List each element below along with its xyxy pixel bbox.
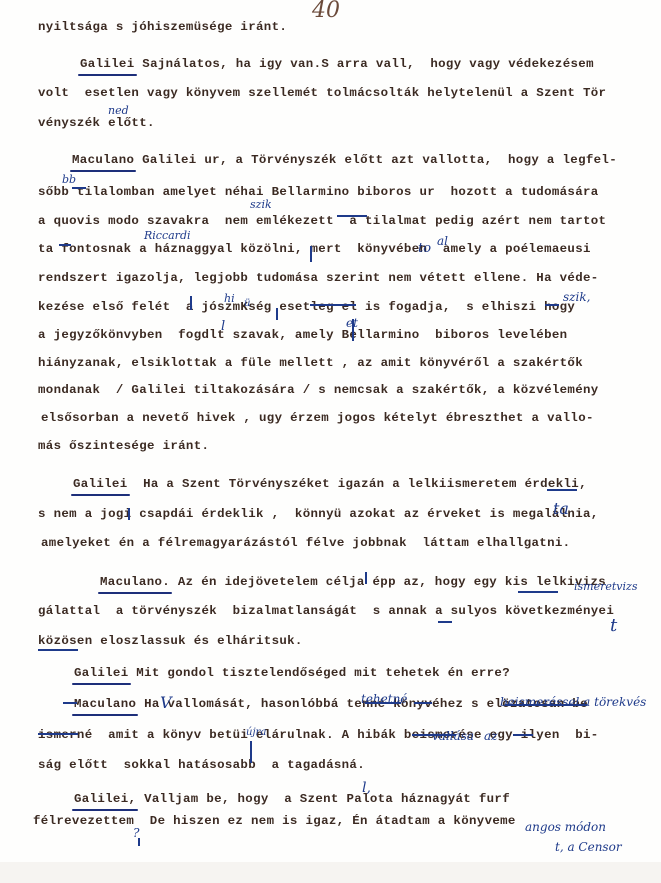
typed-line: Maculano Galilei ur, a Törvényszék előtt… (72, 153, 617, 167)
typed-line: kezése első felét a jószmKség esetleg el… (38, 300, 575, 314)
typed-line: félrevezettem De hiszen ez nem is igaz, … (33, 814, 516, 828)
strike-mark (59, 244, 71, 246)
typed-line: rendszert igazolja, legjobb tudomása sze… (38, 271, 599, 285)
strike-mark (505, 704, 587, 706)
handwritten-annotation: újra (246, 727, 266, 738)
speaker-name: Maculano (72, 153, 134, 167)
typed-line: Maculano. Az én idejövetelem célja épp a… (100, 575, 606, 589)
typed-line: mondanak / Galilei tiltakozására / s nem… (38, 383, 599, 397)
strike-mark (72, 187, 86, 189)
handwritten-annotation: ü (244, 298, 250, 309)
strike-mark (38, 733, 78, 735)
line-text: Az én idejövetelem célja épp az, hogy eg… (170, 575, 606, 589)
handwritten-annotation: bb (62, 173, 76, 186)
typed-line: amelyeket én a félremagyarázástól félve … (41, 536, 570, 550)
insertion-caret (138, 838, 140, 846)
line-text: Valljam be, hogy a Szent Palota háznagyá… (136, 792, 510, 806)
typed-line: Galilei Ha a Szent Törvényszéket igazán … (73, 477, 587, 491)
line-text: Mit gondol tisztelendőséged mit tehetek … (129, 666, 511, 680)
line-text: s nem a jogi csapdái érdeklik , könnyü a… (38, 507, 599, 521)
line-text: a quovis modo szavakra nem emlékezett a … (38, 214, 606, 228)
handwritten-annotation: ta (553, 499, 569, 518)
handwritten-annotation: ismeretvizs (574, 580, 637, 593)
typed-line: volt esetlen vagy könyvem szellemét tolm… (38, 86, 606, 100)
insertion-caret (190, 296, 192, 310)
handwritten-annotation: vallása (432, 729, 474, 743)
strike-mark (337, 215, 367, 217)
line-text: amelyeket én a félremagyarázástól félve … (41, 536, 570, 550)
line-text: rendszert igazolja, legjobb tudomása sze… (38, 271, 599, 285)
strike-mark (513, 734, 533, 736)
handwritten-annotation: Riccardi (144, 229, 191, 242)
line-text: ság előtt sokkal hatásosabb a tagadásná. (38, 758, 365, 772)
handwritten-annotation: l, (362, 780, 371, 796)
handwritten-annotation: ned (108, 104, 129, 117)
line-text: ta fontosnak a háznaggyal közölni, mert … (38, 242, 591, 256)
speaker-name: Galilei (74, 666, 129, 680)
typed-line: nyiltsága s jóhiszemüsége iránt. (38, 20, 287, 34)
strike-mark (38, 649, 78, 651)
insertion-caret (310, 246, 312, 262)
line-text: kezése első felét a jószmKség esetleg el… (38, 300, 575, 314)
strike-mark (310, 304, 356, 306)
line-text: gálattal a törvényszék bizalmatlanságát … (38, 604, 614, 618)
speaker-name: Galilei (73, 477, 128, 491)
speaker-name: Maculano. (100, 575, 170, 589)
speaker-name: Galilei, (74, 792, 136, 806)
strike-mark (545, 304, 559, 306)
line-text: mondanak / Galilei tiltakozására / s nem… (38, 383, 599, 397)
handwritten-annotation: l (221, 319, 225, 334)
line-text: Sajnálatos, ha igy van.S arra vall, hogy… (135, 57, 594, 71)
typed-line: Galilei Sajnálatos, ha igy van.S arra va… (80, 57, 594, 71)
handwritten-annotation: to (418, 241, 431, 256)
typed-line: vényszék előtt. (38, 116, 155, 130)
strike-mark (438, 621, 452, 623)
line-text: sőbb tilalomban amelyet néhai Bellarmino… (38, 185, 599, 199)
line-text: Galilei ur, a Törvényszék előtt azt vall… (134, 153, 617, 167)
strike-mark (412, 734, 456, 736)
typed-line: Galilei Mit gondol tisztelendőséged mit … (74, 666, 510, 680)
insertion-caret (276, 308, 278, 320)
line-text: hiányzanak, elsiklottak a füle mellett ,… (38, 356, 583, 370)
line-text: közösen eloszlassuk és elháritsuk. (38, 634, 303, 648)
insertion-caret (250, 741, 252, 763)
handwritten-annotation: szik, (563, 290, 590, 304)
line-text: más őszintesége iránt. (38, 439, 209, 453)
typed-line: a jegyzőkönvyben fogdlt szavak, amely Be… (38, 328, 567, 342)
handwritten-annotation: az (484, 729, 497, 743)
insertion-caret (365, 572, 367, 584)
handwritten-annotation: V (160, 693, 172, 712)
strike-mark (365, 702, 401, 704)
strike-mark (63, 702, 77, 704)
insertion-caret (352, 319, 354, 341)
line-text: Ha a Szent Törvényszéket igazán a lelkii… (128, 477, 587, 491)
line-text: volt esetlen vagy könyvem szellemét tolm… (38, 86, 606, 100)
handwritten-annotation: szik (250, 198, 272, 211)
line-text: vényszék előtt. (38, 116, 155, 130)
typed-line: más őszintesége iránt. (38, 439, 209, 453)
handwritten-annotation: hi (224, 292, 235, 305)
handwritten-annotation: angos módon (525, 820, 606, 834)
strike-mark (414, 702, 432, 704)
insertion-caret (128, 508, 130, 520)
line-text: elsősorban a nevető hivek , ugy érzem jo… (41, 411, 594, 425)
typed-line: közösen eloszlassuk és elháritsuk. (38, 634, 303, 648)
speaker-name: Maculano (74, 697, 136, 711)
typed-line: a quovis modo szavakra nem emlékezett a … (38, 214, 606, 228)
typed-line: elsősorban a nevető hivek , ugy érzem jo… (41, 411, 594, 425)
typed-line: ta fontosnak a háznaggyal közölni, mert … (38, 242, 591, 256)
typed-line: s nem a jogi csapdái érdeklik , könnyü a… (38, 507, 599, 521)
handwritten-annotation: al (437, 234, 448, 248)
handwritten-annotation: t, a Censor (555, 840, 622, 854)
line-text: nyiltsága s jóhiszemüsége iránt. (38, 20, 287, 34)
typed-line: gálattal a törvényszék bizalmatlanságát … (38, 604, 614, 618)
typed-line: Galilei, Valljam be, hogy a Szent Palota… (74, 792, 510, 806)
strike-mark (518, 591, 558, 593)
speaker-name: Galilei (80, 57, 135, 71)
handwritten-annotation: t (610, 615, 617, 636)
strike-mark (547, 489, 577, 491)
line-text: félrevezettem De hiszen ez nem is igaz, … (33, 814, 516, 828)
typed-line: sőbb tilalomban amelyet néhai Bellarmino… (38, 185, 599, 199)
page-number: 40 (312, 0, 340, 23)
typed-line: ság előtt sokkal hatásosabb a tagadásná. (38, 758, 365, 772)
handwritten-annotation: beismeréssel a törekvés (500, 695, 646, 709)
typed-line: hiányzanak, elsiklottak a füle mellett ,… (38, 356, 583, 370)
line-text: a jegyzőkönvyben fogdlt szavak, amely Be… (38, 328, 567, 342)
typescript-page: 40 nyiltsága s jóhiszemüsége iránt.Galil… (0, 0, 661, 883)
